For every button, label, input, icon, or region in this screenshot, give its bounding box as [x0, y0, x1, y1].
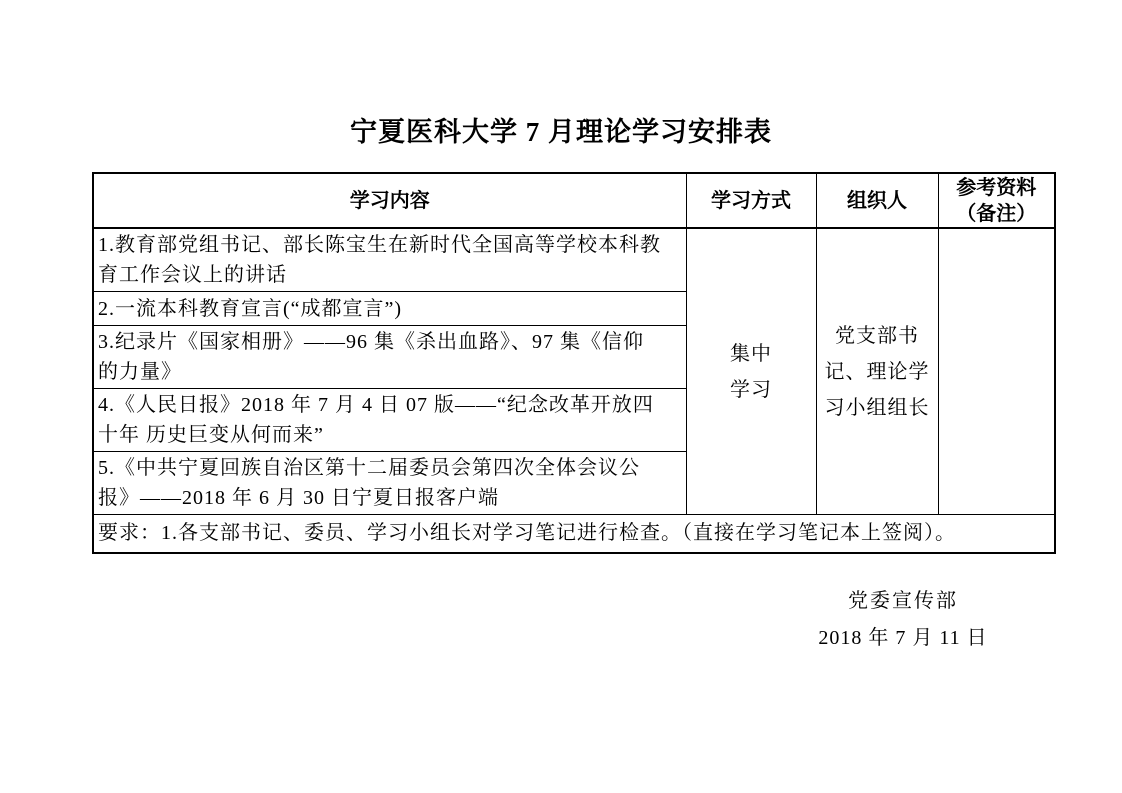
footer-signature: 党委宣传部	[703, 584, 1103, 613]
header-reference-notes: 参考资料 （备注）	[938, 173, 1055, 228]
study-method-cell: 集中 学习	[686, 228, 816, 515]
study-content-item-4: 4.《人民日报》2018 年 7 月 4 日 07 版——“纪念改革开放四 十年…	[93, 389, 686, 452]
study-content-item-1: 1.教育部党组书记、部长陈宝生在新时代全国高等学校本科教 育工作会议上的讲话	[93, 228, 686, 292]
table-requirements-row: 要求：1.各支部书记、委员、学习小组长对学习笔记进行检查。（直接在学习笔记本上签…	[93, 515, 1055, 553]
reference-notes-cell	[938, 228, 1055, 515]
header-organizer: 组织人	[816, 173, 938, 228]
schedule-table: 学习内容 学习方式 组织人 参考资料 （备注） 1.教育部党组书记、部长陈宝生在…	[92, 172, 1056, 554]
footer-date: 2018 年 7 月 11 日	[703, 621, 1103, 650]
table-header-row: 学习内容 学习方式 组织人 参考资料 （备注）	[93, 173, 1055, 228]
header-study-content: 学习内容	[93, 173, 686, 228]
study-content-item-5: 5.《中共宁夏回族自治区第十二届委员会第四次全体会议公 报》——2018 年 6…	[93, 452, 686, 515]
document-title: 宁夏医科大学 7 月理论学习安排表	[0, 110, 1122, 149]
header-study-method: 学习方式	[686, 173, 816, 228]
study-content-item-2: 2.一流本科教育宣言(“成都宣言”)	[93, 292, 686, 326]
requirements-note: 要求：1.各支部书记、委员、学习小组长对学习笔记进行检查。（直接在学习笔记本上签…	[93, 515, 1055, 553]
document-page: 宁夏医科大学 7 月理论学习安排表 学习内容 学习方式 组织人 参考资料 （备注…	[0, 0, 1122, 793]
organizer-cell: 党支部书 记、理论学 习小组组长	[816, 228, 938, 515]
study-content-item-3: 3.纪录片《国家相册》——96 集《杀出血路》、97 集《信仰 的力量》	[93, 326, 686, 389]
table-row-1: 1.教育部党组书记、部长陈宝生在新时代全国高等学校本科教 育工作会议上的讲话 集…	[93, 228, 1055, 292]
